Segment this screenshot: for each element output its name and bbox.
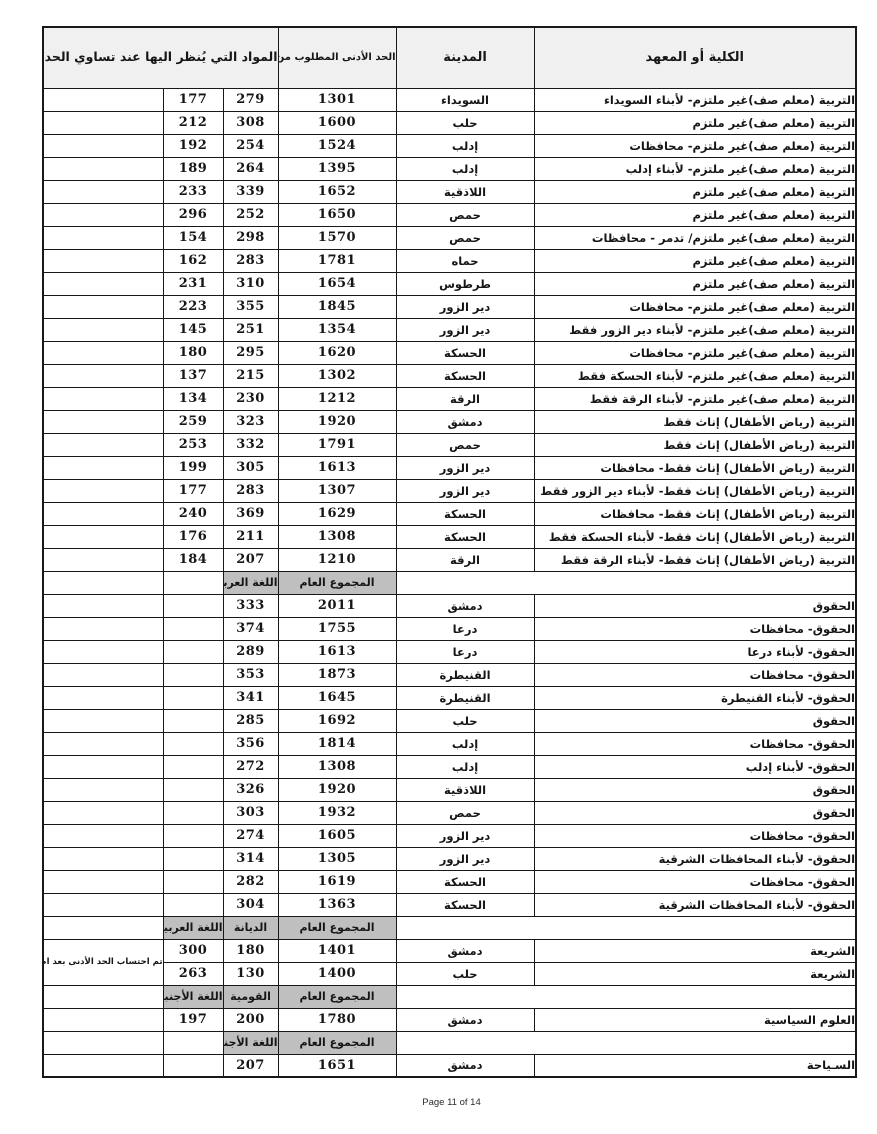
note-cell [43,502,163,525]
table-row: التربية (رياض الأطفال) إناث فقطحمص179133… [43,433,856,456]
table-row: الحقوقاللاذقية1920326 [43,778,856,801]
college-cell: التربية (معلم صف)غير ملتزم- لأبناء إدلب [534,157,856,180]
score-cell: 1932 [278,801,396,824]
table-header: الكلية أو المعهد المدينة الحد الأدنى الم… [43,27,856,88]
score-cell: 1654 [278,272,396,295]
subject2-score-cell [163,686,223,709]
note-cell [43,180,163,203]
score-cell: 1524 [278,134,396,157]
college-cell: التربية (معلم صف)غير ملتزم- لأبناء السوي… [534,88,856,111]
college-cell: الشريعة [534,962,856,985]
city-cell: السويداء [396,88,534,111]
score-cell: 1400 [278,962,396,985]
section-score-label: المجموع العام [278,985,396,1008]
subject2-score-cell: 259 [163,410,223,433]
section-college-city-cell [396,1031,856,1054]
note-cell [43,295,163,318]
subject2-score-cell: 300 [163,939,223,962]
college-cell: التربية (معلم صف)غير ملتزم/ تدمر - محافظ… [534,226,856,249]
subject1-score-cell: 341 [223,686,278,709]
section-score-label: المجموع العام [278,1031,396,1054]
college-cell: الحقوق- لأبناء القنيطرة [534,686,856,709]
note-cell [43,847,163,870]
note-cell [43,272,163,295]
section-subject1-label: القومية [223,985,278,1008]
city-cell: دمشق [396,1008,534,1031]
subject1-score-cell: 215 [223,364,278,387]
score-cell: 1363 [278,893,396,916]
note-cell [43,111,163,134]
college-cell: التربية (معلم صف)غير ملتزم- لأبناء دير ا… [534,318,856,341]
subject1-score-cell: 355 [223,295,278,318]
city-cell: دمشق [396,594,534,617]
table-row: التربية (معلم صف)غير ملتزمحمص1650252296 [43,203,856,226]
min-score-column-header: الحد الأدنى المطلوب من الدرجات بعد طي عل… [278,27,396,88]
subject1-score-cell: 369 [223,502,278,525]
subject2-score-cell: 137 [163,364,223,387]
score-cell: 1210 [278,548,396,571]
table-row: التربية (معلم صف)غير ملتزم- لأبناء الرقة… [43,387,856,410]
subject1-score-cell: 356 [223,732,278,755]
section-divider-row: المجموع العامالقوميةاللغة الأجنبية [43,985,856,1008]
subject1-score-cell: 282 [223,870,278,893]
city-column-header: المدينة [396,27,534,88]
subject2-score-cell [163,870,223,893]
city-cell: الحسكة [396,364,534,387]
note-cell [43,157,163,180]
note-cell [43,686,163,709]
college-cell: التربية (معلم صف)غير ملتزم- محافظات [534,134,856,157]
subject1-score-cell: 333 [223,594,278,617]
page-number-footer: Page 11 of 14 [13,1097,877,1108]
table-row: الحقوق- لأبناء درعادرعا1613289 [43,640,856,663]
note-cell [43,88,163,111]
college-cell: التربية (معلم صف)غير ملتزم [534,249,856,272]
table-row: التربية (معلم صف)غير ملتزمحماه1781283162 [43,249,856,272]
table-row: التربية (معلم صف)غير ملتزم- لأبناء دير ا… [43,318,856,341]
college-cell: الشريعة [534,939,856,962]
table-body: التربية (معلم صف)غير ملتزم- لأبناء السوي… [43,88,856,1077]
city-cell: الحسكة [396,870,534,893]
subject1-score-cell: 285 [223,709,278,732]
college-cell: التربية (معلم صف)غير ملتزم [534,203,856,226]
note-cell [43,916,163,939]
section-subject2-label: اللغة الأجنبية [163,985,223,1008]
score-cell: 1354 [278,318,396,341]
college-cell: التربية (رياض الأطفال) إناث فقط- محافظات [534,502,856,525]
college-cell: الحقوق [534,594,856,617]
table-row: الحقوق- لأبناء إدلبإدلب1308272 [43,755,856,778]
note-cell [43,870,163,893]
city-cell: إدلب [396,134,534,157]
note-cell [43,226,163,249]
college-cell: السـياحة [534,1054,856,1077]
note-cell [43,801,163,824]
section-score-label: المجموع العام [278,916,396,939]
table-row: التربية (رياض الأطفال) إناث فقط- لأبناء … [43,479,856,502]
city-cell: درعا [396,617,534,640]
score-cell: 1873 [278,663,396,686]
subject1-score-cell: 254 [223,134,278,157]
city-cell: إدلب [396,732,534,755]
score-cell: 1755 [278,617,396,640]
table-row: التربية (معلم صف)غير ملتزم- لأبناء إدلبإ… [43,157,856,180]
subject2-score-cell [163,893,223,916]
table-row: الحقوق- محافظاتإدلب1814356 [43,732,856,755]
city-cell: دير الزور [396,318,534,341]
subject2-score-cell: 197 [163,1008,223,1031]
subject1-score-cell: 207 [223,1054,278,1077]
college-cell: التربية (رياض الأطفال) إناث فقط- لأبناء … [534,479,856,502]
score-cell: 1308 [278,525,396,548]
table-row: الحقوق- محافظاتدرعا1755374 [43,617,856,640]
table-row: التربية (معلم صف)غير ملتزمحلب1600308212 [43,111,856,134]
subject2-score-cell [163,778,223,801]
score-cell: 1629 [278,502,396,525]
city-cell: حماه [396,249,534,272]
subject2-score-cell: 184 [163,548,223,571]
subject2-score-cell: 145 [163,318,223,341]
subject2-score-cell [163,617,223,640]
subject2-score-cell [163,824,223,847]
table-row: السـياحةدمشق1651207 [43,1054,856,1077]
note-cell [43,617,163,640]
subject1-score-cell: 314 [223,847,278,870]
subject1-score-cell: 207 [223,548,278,571]
city-cell: الحسكة [396,341,534,364]
score-cell: 1401 [278,939,396,962]
score-cell: 1920 [278,410,396,433]
subject2-score-cell: 212 [163,111,223,134]
score-cell: 1212 [278,387,396,410]
header-row: الكلية أو المعهد المدينة الحد الأدنى الم… [43,27,856,88]
college-cell: التربية (معلم صف)غير ملتزم- محافظات [534,341,856,364]
subject2-score-cell [163,640,223,663]
table-row: الشريعةدمشق1401180300تم احتساب الحد الأد… [43,939,856,962]
college-cell: التربية (رياض الأطفال) إناث فقط [534,410,856,433]
score-cell: 1781 [278,249,396,272]
subject2-score-cell: 240 [163,502,223,525]
subject2-score-cell: 189 [163,157,223,180]
note-cell [43,732,163,755]
subject2-score-cell: 134 [163,387,223,410]
table-row: الحقوق- لأبناء المحافظات الشرقيةدير الزو… [43,847,856,870]
subject1-score-cell: 251 [223,318,278,341]
score-cell: 1780 [278,1008,396,1031]
city-cell: حمص [396,226,534,249]
note-cell [43,824,163,847]
score-cell: 1920 [278,778,396,801]
subject2-score-cell: 177 [163,88,223,111]
college-cell: الحقوق [534,709,856,732]
note-cell [43,433,163,456]
subject2-score-cell: 162 [163,249,223,272]
subject2-score-cell: 176 [163,525,223,548]
score-cell: 1814 [278,732,396,755]
note-cell [43,203,163,226]
table-row: الحقوقدمشق2011333 [43,594,856,617]
section-college-city-cell [396,571,856,594]
college-cell: الحقوق- لأبناء المحافظات الشرقية [534,893,856,916]
city-cell: درعا [396,640,534,663]
note-cell [43,1054,163,1077]
city-cell: حلب [396,962,534,985]
subject1-score-cell: 298 [223,226,278,249]
city-cell: حلب [396,709,534,732]
table-row: التربية (معلم صف)غير ملتزم- محافظاتدير ا… [43,295,856,318]
score-cell: 1613 [278,456,396,479]
subject1-score-cell: 264 [223,157,278,180]
college-cell: التربية (رياض الأطفال) إناث فقط [534,433,856,456]
subject1-score-cell: 353 [223,663,278,686]
city-cell: دير الزور [396,824,534,847]
college-cell: التربية (معلم صف)غير ملتزم- لأبناء الرقة… [534,387,856,410]
subject2-score-cell [163,732,223,755]
subject1-score-cell: 252 [223,203,278,226]
table-row: الحقوق- محافظاتدير الزور1605274 [43,824,856,847]
table-row: الحقوق- محافظاتالحسكة1619282 [43,870,856,893]
note-cell [43,640,163,663]
college-cell: العلوم السياسية [534,1008,856,1031]
college-cell: الحقوق [534,801,856,824]
score-cell: 1692 [278,709,396,732]
city-cell: دير الزور [396,847,534,870]
subject1-score-cell: 332 [223,433,278,456]
section-score-label: المجموع العام [278,571,396,594]
city-cell: حمص [396,203,534,226]
subject1-score-cell: 130 [223,962,278,985]
subject1-score-cell: 274 [223,824,278,847]
college-cell: الحقوق- محافظات [534,870,856,893]
subject1-score-cell: 180 [223,939,278,962]
city-cell: الرقة [396,387,534,410]
section-divider-row: المجموع العاماللغة الأجنبية [43,1031,856,1054]
note-cell [43,663,163,686]
score-cell: 1395 [278,157,396,180]
city-cell: الحسكة [396,502,534,525]
section-subject1-label: اللغة العربية [223,571,278,594]
college-cell: التربية (رياض الأطفال) إناث فقط- لأبناء … [534,548,856,571]
score-cell: 1845 [278,295,396,318]
subject2-score-cell [163,594,223,617]
college-column-header: الكلية أو المعهد [534,27,856,88]
admission-minimums-table: الكلية أو المعهد المدينة الحد الأدنى الم… [42,26,857,1078]
table-row: الحقوقحمص1932303 [43,801,856,824]
city-cell: دير الزور [396,456,534,479]
section-divider-row: المجموع العامالديانةاللغة العربية [43,916,856,939]
score-cell: 1645 [278,686,396,709]
college-cell: الحقوق- لأبناء درعا [534,640,856,663]
note-cell: تم احتساب الحد الأدنى بعد اضافة التربية … [43,939,163,985]
note-cell [43,410,163,433]
college-cell: التربية (معلم صف)غير ملتزم- محافظات [534,295,856,318]
subject2-score-cell: 199 [163,456,223,479]
subject2-score-cell: 253 [163,433,223,456]
subject1-score-cell: 305 [223,456,278,479]
subject1-score-cell: 310 [223,272,278,295]
scanned-document-page: الكلية أو المعهد المدينة الحد الأدنى الم… [0,0,877,1134]
note-cell [43,548,163,571]
table-row: الحقوق- لأبناء المحافظات الشرقيةالحسكة13… [43,893,856,916]
note-cell [43,525,163,548]
subject2-score-cell: 263 [163,962,223,985]
city-cell: اللاذقية [396,778,534,801]
section-divider-row: المجموع العاماللغة العربية [43,571,856,594]
city-cell: دير الزور [396,295,534,318]
table-row: التربية (معلم صف)غير ملتزم/ تدمر - محافظ… [43,226,856,249]
table-row: الحقوق- محافظاتالقنيطرة1873353 [43,663,856,686]
note-cell [43,893,163,916]
city-cell: إدلب [396,755,534,778]
note-cell [43,571,163,594]
note-cell [43,249,163,272]
subject2-score-cell [163,663,223,686]
college-cell: الحقوق- محافظات [534,732,856,755]
subject1-score-cell: 200 [223,1008,278,1031]
subject1-score-cell: 230 [223,387,278,410]
score-cell: 1651 [278,1054,396,1077]
section-subject1-label: الديانة [223,916,278,939]
subject2-score-cell: 223 [163,295,223,318]
note-cell [43,755,163,778]
score-cell: 1613 [278,640,396,663]
note-cell [43,318,163,341]
city-cell: دمشق [396,1054,534,1077]
subject1-score-cell: 374 [223,617,278,640]
subject2-score-cell: 154 [163,226,223,249]
college-cell: الحقوق- محافظات [534,663,856,686]
note-cell [43,778,163,801]
city-cell: القنيطرة [396,686,534,709]
city-cell: الحسكة [396,893,534,916]
score-cell: 1302 [278,364,396,387]
subject1-score-cell: 283 [223,479,278,502]
city-cell: دمشق [396,410,534,433]
subject1-score-cell: 295 [223,341,278,364]
table-row: التربية (رياض الأطفال) إناث فقط- لأبناء … [43,548,856,571]
college-cell: التربية (معلم صف)غير ملتزم [534,111,856,134]
table-row: الحقوق- لأبناء القنيطرةالقنيطرة1645341 [43,686,856,709]
table-row: التربية (رياض الأطفال) إناث فقط- لأبناء … [43,525,856,548]
section-college-city-cell [396,985,856,1008]
subject1-score-cell: 304 [223,893,278,916]
city-cell: الحسكة [396,525,534,548]
score-cell: 1600 [278,111,396,134]
subject1-score-cell: 272 [223,755,278,778]
score-cell: 1308 [278,755,396,778]
city-cell: إدلب [396,157,534,180]
table-row: التربية (معلم صف)غير ملتزم- محافظاتإدلب1… [43,134,856,157]
city-cell: القنيطرة [396,663,534,686]
college-cell: التربية (رياض الأطفال) إناث فقط- لأبناء … [534,525,856,548]
table-row: التربية (رياض الأطفال) إناث فقطدمشق19203… [43,410,856,433]
score-cell: 1307 [278,479,396,502]
subject2-score-cell: 180 [163,341,223,364]
subject1-score-cell: 211 [223,525,278,548]
score-cell: 1652 [278,180,396,203]
table-row: التربية (معلم صف)غير ملتزم- لأبناء السوي… [43,88,856,111]
note-cell [43,1008,163,1031]
subject1-score-cell: 279 [223,88,278,111]
note-cell [43,387,163,410]
subject2-score-cell: 233 [163,180,223,203]
score-cell: 1619 [278,870,396,893]
note-cell [43,985,163,1008]
score-cell: 1791 [278,433,396,456]
subject2-score-cell [163,1054,223,1077]
subject1-score-cell: 283 [223,249,278,272]
subject1-score-cell: 326 [223,778,278,801]
table-row: التربية (معلم صف)غير ملتزم- محافظاتالحسك… [43,341,856,364]
college-cell: التربية (معلم صف)غير ملتزم [534,272,856,295]
section-subject2-label [163,571,223,594]
subject1-score-cell: 339 [223,180,278,203]
subject2-score-cell [163,801,223,824]
city-cell: اللاذقية [396,180,534,203]
subject1-score-cell: 308 [223,111,278,134]
score-cell: 1305 [278,847,396,870]
table-row: الحقوقحلب1692285 [43,709,856,732]
note-cell [43,456,163,479]
college-cell: التربية (معلم صف)غير ملتزم [534,180,856,203]
college-cell: الحقوق- لأبناء إدلب [534,755,856,778]
subject2-score-cell [163,755,223,778]
subject2-score-cell [163,847,223,870]
subject1-score-cell: 303 [223,801,278,824]
city-cell: طرطوس [396,272,534,295]
college-cell: التربية (رياض الأطفال) إناث فقط- محافظات [534,456,856,479]
note-cell [43,341,163,364]
subject1-score-cell: 323 [223,410,278,433]
table-row: العلوم السياسيةدمشق1780200197 [43,1008,856,1031]
table-row: الشريعةحلب1400130263 [43,962,856,985]
city-cell: دير الزور [396,479,534,502]
table-row: التربية (معلم صف)غير ملتزماللاذقية165233… [43,180,856,203]
tiebreak-subjects-column-header: المواد التي يُنظر اليها عند تساوي الحد ا… [43,27,278,88]
note-cell [43,134,163,157]
section-subject2-label [163,1031,223,1054]
score-cell: 2011 [278,594,396,617]
subject2-score-cell: 177 [163,479,223,502]
subject2-score-cell: 192 [163,134,223,157]
section-subject1-label: اللغة الأجنبية [223,1031,278,1054]
note-cell [43,1031,163,1054]
table-row: التربية (معلم صف)غير ملتزم- لأبناء الحسك… [43,364,856,387]
college-cell: الحقوق [534,778,856,801]
city-cell: حمص [396,801,534,824]
subject1-score-cell: 289 [223,640,278,663]
subject2-score-cell [163,709,223,732]
score-cell: 1650 [278,203,396,226]
city-cell: حمص [396,433,534,456]
subject2-score-cell: 231 [163,272,223,295]
note-cell [43,594,163,617]
note-cell [43,364,163,387]
score-cell: 1620 [278,341,396,364]
section-college-city-cell [396,916,856,939]
section-subject2-label: اللغة العربية [163,916,223,939]
score-cell: 1570 [278,226,396,249]
score-cell: 1301 [278,88,396,111]
note-cell [43,479,163,502]
college-cell: التربية (معلم صف)غير ملتزم- لأبناء الحسك… [534,364,856,387]
table-row: التربية (معلم صف)غير ملتزمطرطوس165431023… [43,272,856,295]
note-cell [43,709,163,732]
city-cell: حلب [396,111,534,134]
college-cell: الحقوق- محافظات [534,617,856,640]
subject2-score-cell: 296 [163,203,223,226]
city-cell: الرقة [396,548,534,571]
